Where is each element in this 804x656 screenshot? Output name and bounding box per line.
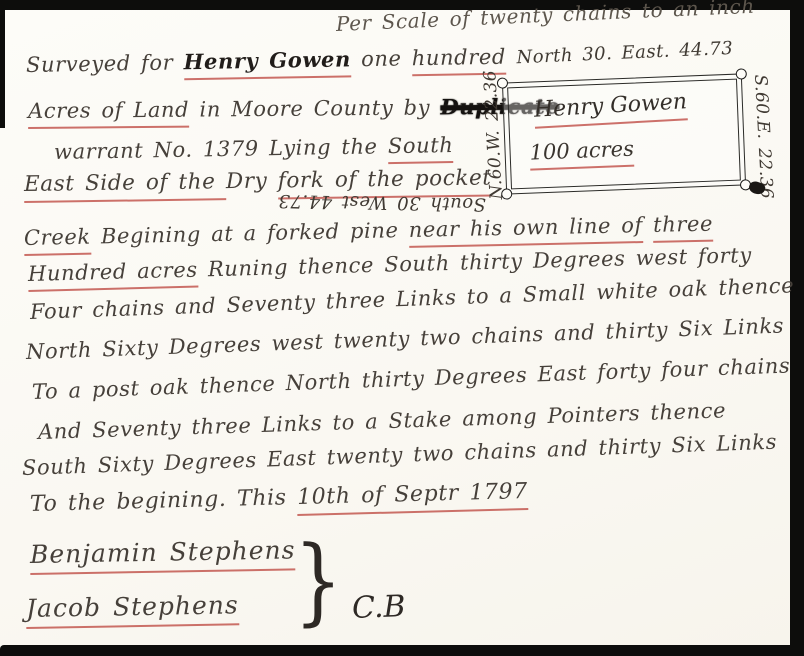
text-segment: in Moore County by	[189, 95, 440, 121]
red-underlined-text: Jacob Stephens	[26, 590, 239, 629]
text-segment: one	[351, 46, 412, 71]
survey-line-1: Surveyed for Henry Gowen one hundred	[26, 44, 506, 77]
text-segment: Begining at a forked pine	[90, 218, 409, 249]
plat-owner-name: Henry Gowen	[533, 89, 687, 123]
text-segment: warrant No. 1379 Lying the	[54, 134, 388, 164]
survey-line-2: Acres of Land in Moore County by Duplica…	[28, 93, 560, 123]
red-underlined-text: South	[388, 133, 454, 164]
red-underlined-text: Acres of Land	[28, 98, 189, 129]
text-segment: Surveyed for	[26, 50, 184, 77]
plat-corner-marker	[736, 68, 747, 79]
red-underlined-text: East Side of the	[24, 169, 226, 203]
red-underlined-text: Hundred acres	[28, 258, 198, 292]
red-underlined-text: 100 acres	[529, 137, 634, 171]
survey-line-8: North Sixty Degrees west twenty two chai…	[26, 314, 785, 364]
survey-date-line: To the begining. This 10th of Septr 1797	[30, 479, 528, 517]
text-segment: Runing thence South thirty Degrees west …	[197, 243, 752, 282]
plat-course-south: South 30 West 44.73	[258, 190, 506, 215]
red-underlined-text: near his own line of	[408, 213, 643, 248]
red-underlined-text: Creek	[24, 225, 91, 256]
survey-line-5: Creek Begining at a forked pine near his…	[24, 212, 713, 250]
plat-acreage: 100 acres	[529, 137, 634, 165]
red-underlined-text: Henry Gowen	[183, 46, 351, 80]
scan-border-bottom	[0, 645, 804, 656]
red-underlined-text: 10th of Septr 1797	[297, 479, 528, 516]
scan-border-left	[0, 8, 5, 128]
survey-line-9: To a post oak thence North thirty Degree…	[32, 354, 791, 404]
text-segment: To a post oak thence North thirty Degree…	[32, 354, 791, 404]
text-segment: North Sixty Degrees west twenty two chai…	[26, 314, 785, 364]
plat-boundary-box: Henry Gowen 100 acres	[502, 73, 746, 194]
red-underlined-text: Benjamin Stephens	[30, 535, 296, 575]
scanned-survey-document: Per Scale of twenty chains to an inch Su…	[0, 0, 804, 656]
signature-benjamin-stephens: Benjamin Stephens	[30, 535, 296, 569]
chain-bearers-label: C.B	[351, 589, 406, 626]
survey-line-3: warrant No. 1379 Lying the South	[54, 133, 454, 164]
red-underlined-text: three	[653, 212, 713, 243]
plat-course-north: North 30. East. 44.73	[500, 37, 751, 69]
scan-border-right	[790, 6, 804, 656]
text-segment: To the begining. This	[30, 485, 298, 517]
signature-jacob-stephens: Jacob Stephens	[26, 590, 239, 623]
chain-bearers-brace: }	[294, 534, 342, 629]
red-underlined-text: Henry Gowen	[533, 89, 688, 129]
